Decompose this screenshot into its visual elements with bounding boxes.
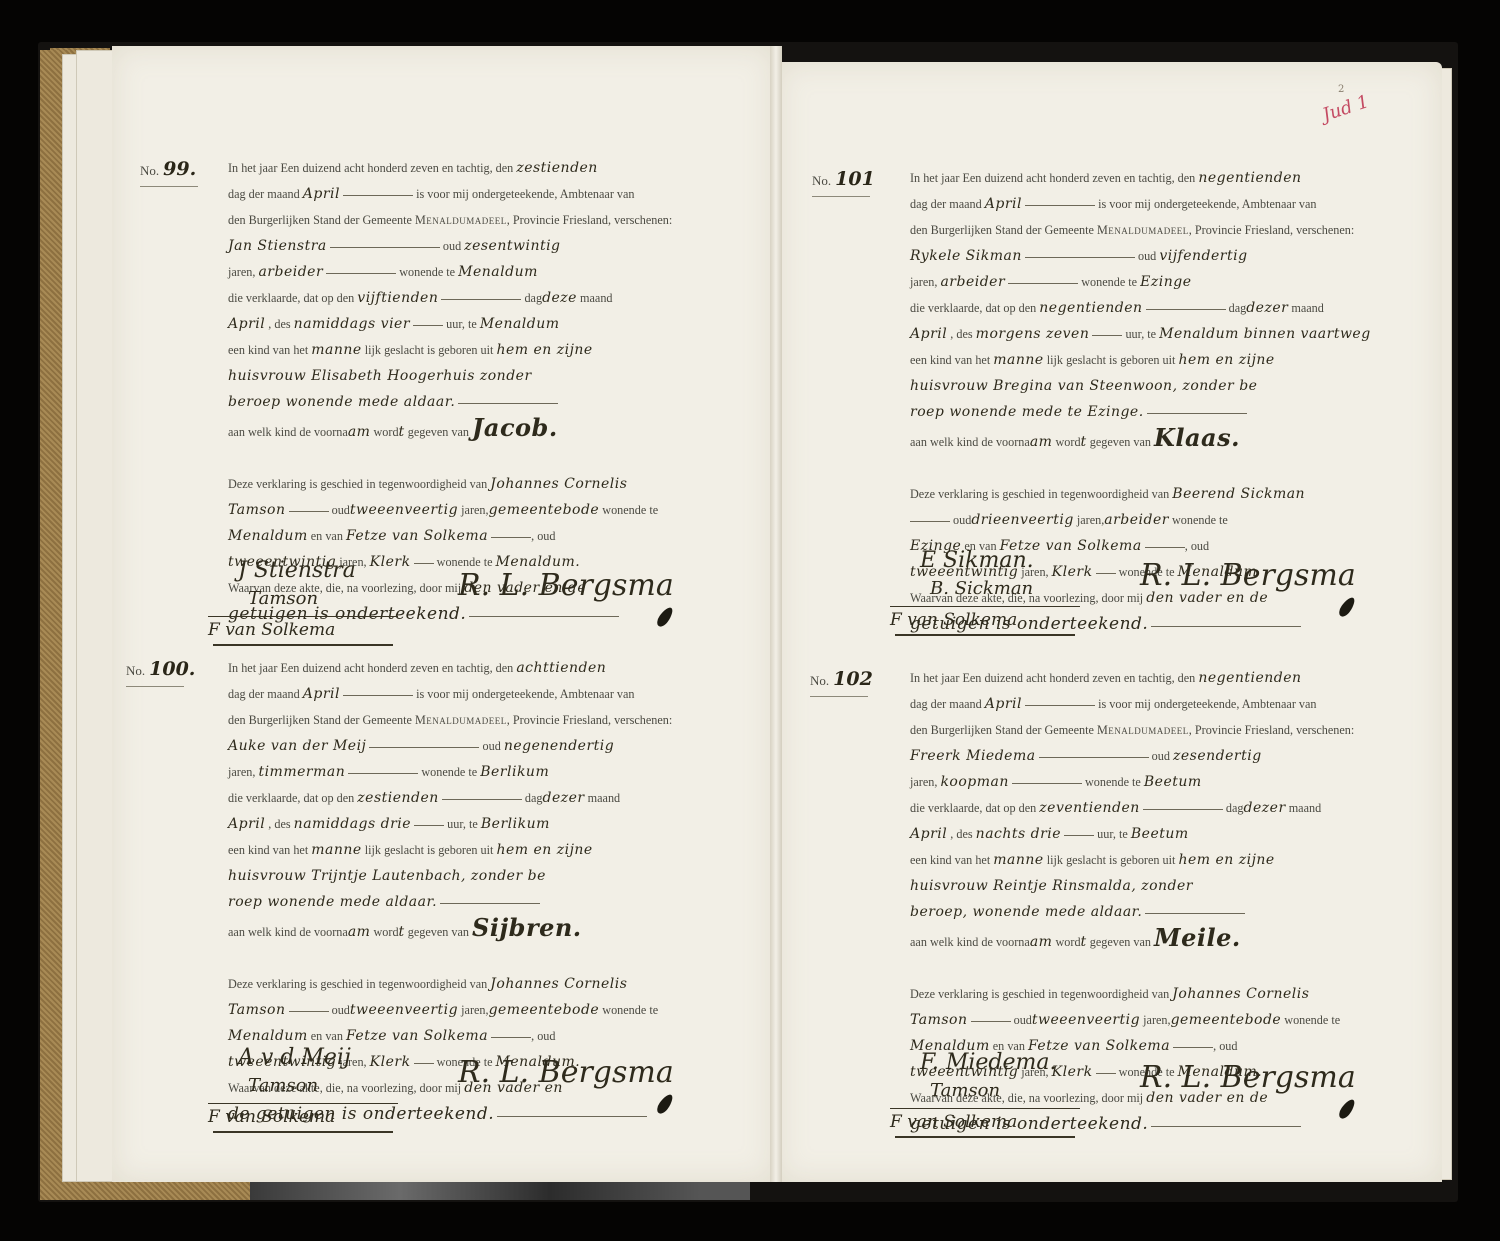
municipality: Menaldumadeel [1097, 723, 1189, 737]
fill-line [1008, 282, 1078, 284]
book-gutter [770, 46, 782, 1182]
line-mother-2: beroep wonende mede aldaar. [228, 389, 748, 415]
signature-underline [213, 1131, 393, 1133]
line-witness1-b: Tamson oudtweeenveertig jaren,gemeentebo… [228, 497, 748, 523]
fill-line [497, 1115, 647, 1117]
record-number-rule [812, 196, 870, 197]
registration-day: negentienden [1198, 670, 1301, 686]
witness1-occupation: gemeentebode [489, 502, 600, 518]
record-number-rule [810, 696, 868, 697]
fill-line [1146, 308, 1226, 310]
text-line [910, 459, 1430, 481]
declarant-residence: Ezinge [1140, 274, 1191, 290]
fill-line [1025, 204, 1095, 206]
line-witness1-b: Tamson oudtweeenveertig jaren,gemeentebo… [910, 1007, 1430, 1033]
fill-line [1012, 782, 1082, 784]
child-sex: manne [311, 842, 361, 858]
signature-declarant: E Sikman. [920, 548, 1034, 573]
line-declarant: Freerk Miedema oud zesendertig [910, 743, 1430, 769]
line-child-name: aan welk kind de voornaam wordt gegeven … [910, 425, 1430, 459]
witness2-occupation: Klerk [1052, 564, 1093, 580]
line-municipality: den Burgerlijken Stand der Gemeente Mena… [228, 707, 748, 733]
record-number-rule [126, 686, 184, 687]
record-number-label: No. [140, 163, 159, 178]
fill-line [1145, 546, 1185, 548]
fill-line [1143, 808, 1223, 810]
record-number-value: 99. [163, 158, 196, 180]
child-sex: manne [311, 342, 361, 358]
declarant-residence: Beetum [1144, 774, 1202, 790]
fill-line [1092, 334, 1122, 336]
line-mother: huisvrouw Bregina van Steenwoon, zonder … [910, 373, 1430, 399]
declarant-age: vijfendertig [1159, 248, 1247, 264]
record-number-value: 102 [833, 668, 873, 690]
fill-line [369, 746, 479, 748]
signature-witness2: F van Solkema [208, 1107, 335, 1127]
line-occupation: jaren, timmerman wonende te Berlikum [228, 759, 748, 785]
fill-line [289, 510, 329, 512]
line-birth-time: April , des namiddags drie uur, te Berli… [228, 811, 748, 837]
record-number: No.100. [126, 658, 195, 680]
fill-line [1173, 1046, 1213, 1048]
witness2-occupation: Klerk [370, 1054, 411, 1070]
line-occupation: jaren, arbeider wonende te Ezinge [910, 269, 1430, 295]
line-mother-2: roep wonende mede aldaar. [228, 889, 748, 915]
line-sex: een kind van het manne lijk geslacht is … [910, 347, 1430, 373]
declarant-residence: Berlikum [480, 764, 549, 780]
fill-line [1096, 572, 1116, 574]
witness1-age: tweeenveertig [350, 502, 458, 518]
signature-declarant: F. Miedema. [920, 1050, 1056, 1075]
birth-day: negentienden [1039, 300, 1142, 316]
line-month: dag der maand April is voor mij onderget… [228, 681, 748, 707]
witness2-name: Fetze van Solkema [346, 528, 488, 544]
child-name: Klaas. [1154, 423, 1240, 452]
line-birth-time: April , des namiddags vier uur, te Menal… [228, 311, 748, 337]
witness1-residence: Menaldum [228, 1028, 308, 1044]
line-witness1: Deze verklaring is geschied in tegenwoor… [910, 981, 1430, 1007]
line-declarant: Rykele Sikman oud vijfendertig [910, 243, 1430, 269]
witness1-occupation: gemeentebode [489, 1002, 600, 1018]
signature-witness1: Tamson [930, 1080, 1000, 1101]
declarant-name: Rykele Sikman [910, 248, 1022, 264]
witness1-age: drieenveertig [971, 512, 1073, 528]
signature-rule [890, 606, 1080, 607]
declarant-occupation: koopman [940, 774, 1008, 790]
registration-day: negentienden [1198, 170, 1301, 186]
registration-day: zestienden [516, 160, 598, 176]
fill-line [1151, 1125, 1301, 1127]
line-birth-time: April , des morgens zeven uur, te Menald… [910, 321, 1430, 347]
declarant-name: Freerk Miedema [910, 748, 1036, 764]
witness1-name: Johannes Cornelis [490, 976, 627, 992]
fill-line [343, 694, 413, 696]
signature-rule [208, 1103, 398, 1104]
witness2-occupation: Klerk [1052, 1064, 1093, 1080]
record-number: No.101 [812, 168, 875, 190]
registration-day: achttienden [516, 660, 606, 676]
birth-place: Menaldum [480, 316, 560, 332]
fill-line [326, 272, 396, 274]
line-child-name: aan welk kind de voornaam wordt gegeven … [228, 415, 748, 449]
witness1-occupation: arbeider [1104, 512, 1169, 528]
fill-line [414, 562, 434, 564]
signature-rule [208, 616, 398, 617]
line-date: In het jaar Een duizend acht honderd zev… [910, 665, 1430, 691]
record-number-rule [140, 186, 198, 187]
record-number-value: 101 [835, 168, 875, 190]
signature-witness1: Tamson [248, 588, 318, 609]
line-occupation: jaren, koopman wonende te Beetum [910, 769, 1430, 795]
line-declarant: Auke van der Meij oud negenendertig [228, 733, 748, 759]
fill-line [289, 1010, 329, 1012]
birth-month: April [228, 316, 265, 332]
line-mother: huisvrouw Elisabeth Hoogerhuis zonder [228, 363, 748, 389]
signature-underline [895, 1136, 1075, 1138]
fill-line [1151, 625, 1301, 627]
line-witness1: Deze verklaring is geschied in tegenwoor… [910, 481, 1430, 507]
line-sex: een kind van het manne lijk geslacht is … [228, 837, 748, 863]
fill-line [1147, 412, 1247, 414]
registration-month: April [303, 186, 340, 202]
declarant-age: negenendertig [504, 738, 614, 754]
line-month: dag der maand April is voor mij onderget… [228, 181, 748, 207]
registration-month: April [985, 196, 1022, 212]
fill-line [440, 902, 540, 904]
fill-line [1025, 704, 1095, 706]
fill-line [441, 298, 521, 300]
text-line [228, 949, 748, 971]
fill-line [491, 1036, 531, 1038]
signature-rule [890, 1108, 1080, 1109]
record-number-value: 100. [149, 658, 195, 680]
record-number: No.99. [140, 158, 196, 180]
witness1-occupation: gemeentebode [1171, 1012, 1282, 1028]
mother-name: huisvrouw Reintje Rinsmalda, zonder [910, 878, 1193, 894]
line-municipality: den Burgerlijken Stand der Gemeente Mena… [228, 207, 748, 233]
line-child-name: aan welk kind de voornaam wordt gegeven … [910, 925, 1430, 959]
signature-declarant: A v d Meij [238, 1045, 351, 1070]
signature-registrar: R. L. Bergsma [1140, 558, 1356, 593]
birth-day: vijftienden [357, 290, 438, 306]
declarant-occupation: arbeider [940, 274, 1005, 290]
birth-place: Berlikum [481, 816, 550, 832]
witness1-name: Beerend Sickman [1172, 486, 1305, 502]
signature-registrar: R. L. Bergsma [458, 568, 674, 603]
municipality: Menaldumadeel [415, 213, 507, 227]
declarant-name: Auke van der Meij [228, 738, 366, 754]
line-birth-day: die verklaarde, dat op den vijftienden d… [228, 285, 748, 311]
municipality: Menaldumadeel [415, 713, 507, 727]
declarant-name: Jan Stienstra [228, 238, 327, 254]
line-witness1-b: Tamson oudtweeenveertig jaren,gemeentebo… [228, 997, 748, 1023]
line-sex: een kind van het manne lijk geslacht is … [910, 847, 1430, 873]
line-birth-time: April , des nachts drie uur, te Beetum [910, 821, 1430, 847]
fill-line [1025, 256, 1135, 258]
birth-day: zeventienden [1039, 800, 1140, 816]
declarant-occupation: arbeider [258, 264, 323, 280]
signature-declarant: J Stienstra [238, 558, 356, 583]
declarant-residence: Menaldum [458, 264, 538, 280]
fill-line [1145, 912, 1245, 914]
line-witness1: Deze verklaring is geschied in tegenwoor… [228, 471, 748, 497]
child-sex: manne [993, 352, 1043, 368]
declarant-age: zesentwintig [464, 238, 560, 254]
line-date: In het jaar Een duizend acht honderd zev… [228, 655, 748, 681]
registration-month: April [303, 686, 340, 702]
signature-registrar: R. L. Bergsma [1140, 1060, 1356, 1095]
record-number: No.102 [810, 668, 873, 690]
witness1-name: Johannes Cornelis [490, 476, 627, 492]
mother-name: huisvrouw Trijntje Lautenbach, zonder be [228, 868, 546, 884]
signature-witness2: F van Solkema [208, 620, 335, 640]
line-mother-2: beroep, wonende mede aldaar. [910, 899, 1430, 925]
line-month: dag der maand April is voor mij onderget… [910, 691, 1430, 717]
line-child-name: aan welk kind de voornaam wordt gegeven … [228, 915, 748, 949]
signature-underline [213, 644, 393, 646]
mother-name: huisvrouw Elisabeth Hoogerhuis zonder [228, 368, 532, 384]
line-occupation: jaren, arbeider wonende te Menaldum [228, 259, 748, 285]
fill-line [413, 324, 443, 326]
signature-witness2: F van Solkema [890, 1112, 1017, 1132]
declarant-age: zesendertig [1173, 748, 1262, 764]
margin-note-prefix: 2 [1338, 84, 1344, 95]
line-birth-day: die verklaarde, dat op den negentienden … [910, 295, 1430, 321]
signature-witness1: Tamson [248, 1075, 318, 1096]
witness1-name: Johannes Cornelis [1172, 986, 1309, 1002]
fill-line [1039, 756, 1149, 758]
fill-line [414, 824, 444, 826]
fill-line [414, 1062, 434, 1064]
signature-witness2: F van Solkema [890, 610, 1017, 630]
municipality: Menaldumadeel [1097, 223, 1189, 237]
fill-line [971, 1020, 1011, 1022]
line-date: In het jaar Een duizend acht honderd zev… [228, 155, 748, 181]
registration-month: April [985, 696, 1022, 712]
signature-registrar: R. L. Bergsma [458, 1055, 674, 1090]
record-number-label: No. [126, 663, 145, 678]
birth-place: Menaldum binnen vaartweg [1159, 326, 1371, 342]
witness2-name: Fetze van Solkema [346, 1028, 488, 1044]
page-stack-left-inner [76, 50, 116, 1182]
text-line [228, 449, 748, 471]
time-of-day: namiddags vier [294, 316, 410, 332]
fill-line [1096, 1072, 1116, 1074]
fill-line [442, 798, 522, 800]
fill-line [910, 520, 950, 522]
signature-witness1: B. Sickman [930, 578, 1033, 599]
child-sex: manne [993, 852, 1043, 868]
birth-day: zestienden [357, 790, 439, 806]
line-mother: huisvrouw Reintje Rinsmalda, zonder [910, 873, 1430, 899]
record-number-label: No. [812, 173, 831, 188]
line-sex: een kind van het manne lijk geslacht is … [228, 337, 748, 363]
fill-line [458, 402, 558, 404]
fill-line [1064, 834, 1094, 836]
record-number-label: No. [810, 673, 829, 688]
fill-line [348, 772, 418, 774]
line-mother: huisvrouw Trijntje Lautenbach, zonder be [228, 863, 748, 889]
line-witness2: Menaldum en van Fetze van Solkema , oud [228, 523, 748, 549]
fill-line [330, 246, 440, 248]
witness1-age: tweeenveertig [350, 1002, 458, 1018]
child-name: Meile. [1154, 923, 1241, 952]
line-witness1-b: ouddrieenveertig jaren,arbeider wonende … [910, 507, 1430, 533]
line-mother-2: roep wonende mede te Ezinge. [910, 399, 1430, 425]
line-municipality: den Burgerlijken Stand der Gemeente Mena… [910, 217, 1430, 243]
line-date: In het jaar Een duizend acht honderd zev… [910, 165, 1430, 191]
child-name: Jacob. [472, 413, 558, 442]
time-of-day: namiddags drie [294, 816, 411, 832]
fill-line [343, 194, 413, 196]
birth-month: April [228, 816, 265, 832]
line-witness1: Deze verklaring is geschied in tegenwoor… [228, 971, 748, 997]
witness1-residence: Menaldum [228, 528, 308, 544]
signature-underline [895, 634, 1075, 636]
declarant-occupation: timmerman [258, 764, 345, 780]
mother-name: huisvrouw Bregina van Steenwoon, zonder … [910, 378, 1257, 394]
witness2-occupation: Klerk [370, 554, 411, 570]
time-of-day: morgens zeven [976, 326, 1090, 342]
fill-line [491, 536, 531, 538]
text-line [910, 959, 1430, 981]
line-municipality: den Burgerlijken Stand der Gemeente Mena… [910, 717, 1430, 743]
line-birth-day: die verklaarde, dat op den zestienden da… [228, 785, 748, 811]
child-name: Sijbren. [472, 913, 582, 942]
witness1-age: tweeenveertig [1032, 1012, 1140, 1028]
line-birth-day: die verklaarde, dat op den zeventienden … [910, 795, 1430, 821]
fill-line [469, 615, 619, 617]
line-declarant: Jan Stienstra oud zesentwintig [228, 233, 748, 259]
birth-place: Beetum [1131, 826, 1189, 842]
birth-month: April [910, 826, 947, 842]
line-month: dag der maand April is voor mij onderget… [910, 191, 1430, 217]
time-of-day: nachts drie [976, 826, 1061, 842]
birth-month: April [910, 326, 947, 342]
